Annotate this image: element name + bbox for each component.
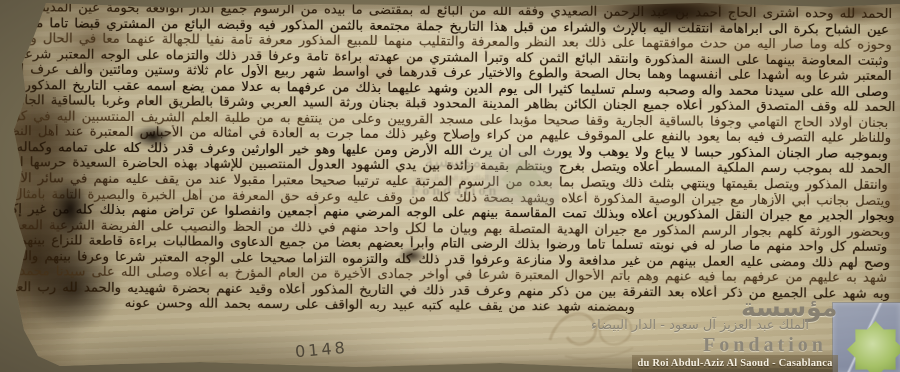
manuscript-line: وثبتت المعاوضة بينهما على السنة المذكورة… [9, 47, 889, 69]
manuscript-line: بجنان أولاد الحاج التهامي وجوفا بالساقية… [8, 109, 888, 131]
ghost-foundation-french: Fondation [405, 184, 505, 200]
manuscript-line: ويتصل بجانب أبي الأزهار مع جيران الوصية … [10, 187, 890, 209]
ink-stain [26, 246, 122, 332]
ghost-watermark: مؤسسة الملك عبد العزيز آل سعود Fondation [405, 148, 575, 214]
manuscript-line: الحمد لله وقف المتصدق المذكور أعلاه جميع… [15, 93, 895, 115]
manuscript-line: وللناظر عليه التصرف فيه بما يعود بالنفع … [11, 124, 891, 146]
ink-blot [398, 247, 426, 264]
ink-stain [0, 195, 94, 325]
ink-stain [552, 0, 808, 36]
archive-number: 0148 [294, 338, 348, 362]
ink-stain [295, 50, 455, 100]
manuscript-line: وبحضور الورثة كلهم بجوار الرسم المذكور م… [10, 218, 890, 240]
manuscript-line: الحمد لله وحده اشترى الحاج أحمد بن عبد ا… [12, 0, 892, 22]
ink-blot [132, 125, 174, 148]
manuscript-line: عين الشباح بكرة الى ابراهامة انتقلت اليه… [9, 16, 889, 38]
ink-stain [816, 0, 890, 24]
ink-stain [876, 140, 900, 270]
manuscript-line: وتسلم كل واحد منهم ما صار له في نوبته تس… [7, 233, 887, 255]
parchment-sheet: الحمد لله وحده اشترى الحاج أحمد بن عبد ا… [0, 0, 900, 372]
manuscript-line: وبجوار الجدير مع جيران النقل المذكورين أ… [14, 202, 894, 224]
ink-stain [0, 55, 126, 355]
ink-stain [635, 26, 900, 106]
manuscript-line: وصح لهم ذلك ومضى عليه العمل بينهم من غير… [10, 249, 890, 271]
ink-stain [0, 328, 430, 372]
ink-blot [51, 179, 89, 239]
manuscript-line: وحوزه كله وما صار اليه من حدث موافقتهما … [12, 31, 892, 53]
embossed-flourish [535, 298, 645, 366]
ghost-logo-square [485, 150, 559, 206]
manuscript-text: الحمد لله وحده اشترى الحاج أحمد بن عبد ا… [10, 0, 892, 318]
ghost-star-icon [501, 158, 543, 200]
manuscript-line: شهد به عليهم من عرفهم بما فيه عنهم وهم ب… [7, 264, 887, 286]
manuscript-line: وانتقل المذكور ويتصل بقيمتها وينتهي بثلث… [8, 171, 888, 193]
manuscript-line: وبمضمنه شهد عند من يقف عليه كتبه عبيد رب… [7, 295, 635, 315]
manuscript-line: وبموجبه صار الجنان المذكور حبسا لا يباع … [8, 140, 888, 162]
ghost-foundation-name-arabic: الملك عبد العزيز آل سعود [397, 174, 505, 182]
ghost-foundation-arabic: مؤسسة [405, 152, 501, 172]
manuscript-line: وبه شهد على الجميع من ذكر أعلاه بعد التف… [10, 280, 890, 302]
manuscript-scan: الحمد لله وحده اشترى الحاج أحمد بن عبد ا… [0, 0, 900, 372]
manuscript-line: وصلى الله على سيدنا محمد وآله وصحبه وسلم… [8, 78, 888, 100]
ink-stain [44, 4, 140, 80]
ink-stain [0, 84, 90, 180]
ink-stain [608, 0, 738, 26]
manuscript-line: الحمد لله بموجب رسم الملكية المسطر أعلاه… [11, 156, 891, 178]
manuscript-line: المعتبر شرعا وبه أشهدا على أنفسهما وهما … [11, 62, 891, 84]
